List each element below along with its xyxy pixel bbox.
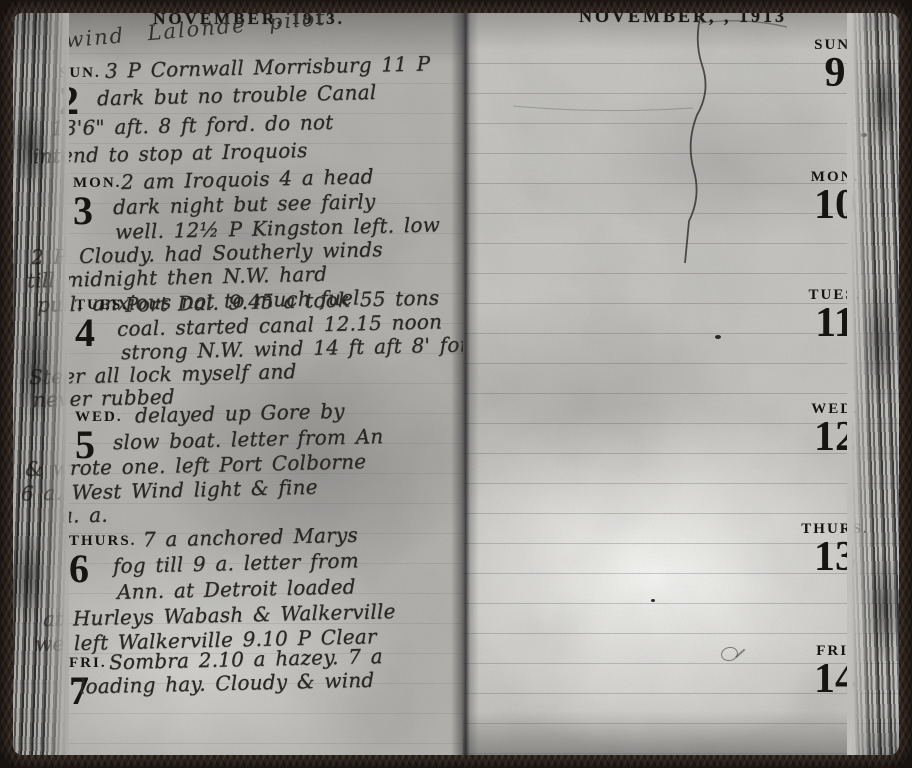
ink-speck [715, 335, 721, 339]
entry-line: 7 a anchored Marys [143, 523, 358, 552]
entry-line: 13'6" aft. 8 ft ford. do not [51, 110, 334, 140]
entry-line: dark but no trouble Canal [97, 80, 377, 110]
entry-line: delayed up Gore by [135, 399, 345, 428]
entry-line: 3 P Cornwall Morrisburg 11 P [105, 51, 431, 82]
entry-line: Ann. at Detroit loaded [117, 574, 356, 603]
diary-right-page: NOVEMBER, , 1913 SUN. 9 MON. 10 TUES. 11… [463, 13, 899, 755]
screenshot: NOVEMBER, 1913. wind Lalonde pilot SUN. … [0, 0, 912, 768]
right-page-header: NOVEMBER, , 1913 [563, 13, 803, 27]
ink-speck [651, 599, 655, 602]
torn-edge-right [847, 13, 899, 755]
handwritten-top-note: wind Lalonde pilot [64, 13, 327, 52]
pencil-mark [720, 645, 740, 663]
torn-edge-left [13, 13, 69, 755]
entry-line: fog till 9 a. letter from [113, 548, 359, 578]
entry-line: intend to stop at Iroquois [33, 138, 308, 168]
diary-left-page: NOVEMBER, 1913. wind Lalonde pilot SUN. … [13, 13, 463, 755]
diary-photo: NOVEMBER, 1913. wind Lalonde pilot SUN. … [13, 13, 899, 755]
